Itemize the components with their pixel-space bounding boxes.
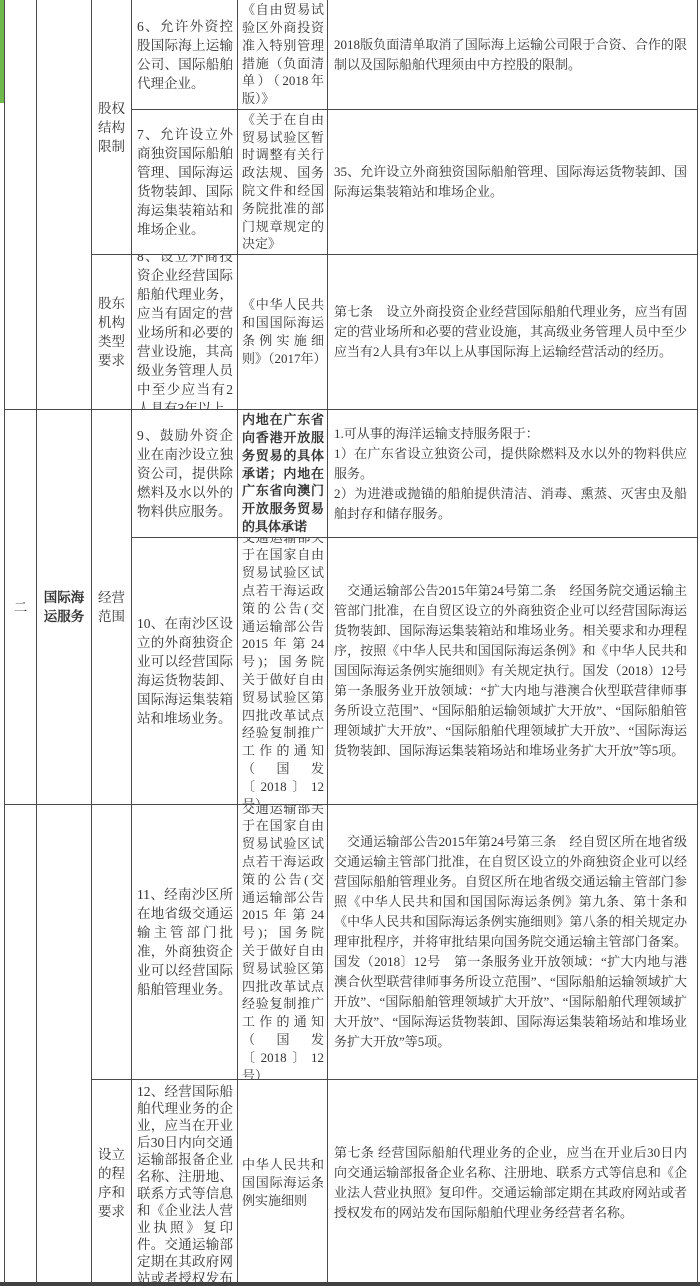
detail-cell-8: 第七条 设立外商投资企业经营国际船舶代理业务，应当有固定的营业场所和必要的营业设… [328, 255, 698, 410]
sector-cell-maritime-services: 国际海运服务 [37, 410, 92, 805]
detail-cell-10: 交通运输部公告2015年第24号第二条 经国务院交通运输主管部门批准，在自贸区设… [328, 538, 698, 805]
measure-cell-12: 12、经营国际船舶代理业务的企业，应当在开业后30日内向交通运输部报备企业名称、… [132, 1080, 238, 1286]
category-cell-setup-procedure: 设立的程序和要求 [92, 1080, 132, 1286]
reference-cell-12: 中华人民共和国国际海运条例实施细则 [238, 1080, 328, 1286]
measure-cell-9: 9、鼓励外资企业在南沙设立独资公司，提供除燃料及水以外的物料供应服务。 [132, 410, 238, 538]
row-index-cell-bottom [5, 805, 37, 1286]
reference-cell-11: 交通运输部关于在国家自由贸易试验区试点若干海运政策的公告(交通运输部公告2015… [238, 805, 328, 1080]
category-cell-equity-structure: 股权结构限制 [92, 0, 132, 255]
measure-cell-10: 10、在南沙区设立的外商独资企业可以经营国际海运货物装卸、国际海运集装箱站和堆场… [132, 538, 238, 805]
measure-cell-11: 11、经南沙区所在地省级交通运输主管部门批准，外商独资企业可以经营国际船舶管理业… [132, 805, 238, 1080]
measure-cell-7: 7、允许设立外商独资国际船舶管理、国际海运货物装卸、国际海运集装箱站和堆场企业。 [132, 110, 238, 255]
sector-cell-top [37, 0, 92, 410]
category-cell-shareholder-type: 股东机构类型要求 [92, 255, 132, 410]
reference-cell-7: 《关于在自由贸易试验区暂时调整有关行政法规、国务院文件和经国务院批准的部门规章规… [238, 110, 328, 255]
screenshot-bottom-edge [0, 1282, 700, 1286]
category-cell-business-scope: 经营范围 [92, 410, 132, 805]
reference-cell-10: 交通运输部关于在国家自由贸易试验区试点若干海运政策的公告(交通运输部公告2015… [238, 538, 328, 805]
reference-cell-9: 内地在广东省向香港开放服务贸易的具体承诺；内地在广东省向澳门开放服务贸易的具体承… [238, 410, 328, 538]
sector-cell-bottom [37, 805, 92, 1286]
row-index-cell-2: 二 [5, 410, 37, 805]
detail-cell-7: 35、允许设立外商独资国际船舶管理、国际海运货物装卸、国际海运集装箱站和堆场企业… [328, 110, 698, 255]
measure-cell-8: 8、设立外商投资企业经营国际船舶代理业务，应当有固定的营业场所和必要的营业设施，… [132, 255, 238, 410]
category-cell-row11-empty [92, 805, 132, 1080]
reference-cell-6: 《自由贸易试验区外商投资准入特别管理措施（负面清单）（2018年版）》 [238, 0, 328, 110]
detail-cell-12: 第七条 经营国际船舶代理业务的企业，应当在开业后30日内向交通运输部报备企业名称… [328, 1080, 698, 1286]
detail-cell-11: 交通运输部公告2015年第24号第三条 经自贸区所在地省级交通运输主管部门批准，… [328, 805, 698, 1080]
detail-cell-6: 2018版负面清单取消了国际海上运输公司限于合资、合作的限制以及国际船舶代理须由… [328, 0, 698, 110]
measure-cell-6: 6、允许外资控股国际海上运输公司、国际船舶代理企业。 [132, 0, 238, 110]
regulation-table: 股权结构限制 6、允许外资控股国际海上运输公司、国际船舶代理企业。 《自由贸易试… [4, 0, 698, 1286]
detail-cell-9: 1.可从事的海洋运输支持服务限于： 1）在广东省设立独资公司，提供除燃料及水以外… [328, 410, 698, 538]
document-page: 股权结构限制 6、允许外资控股国际海上运输公司、国际船舶代理企业。 《自由贸易试… [0, 0, 700, 1286]
row-index-cell-top [5, 0, 37, 410]
reference-cell-8: 《中华人民共和国国际海运条例实施细则》（2017年） [238, 255, 328, 410]
